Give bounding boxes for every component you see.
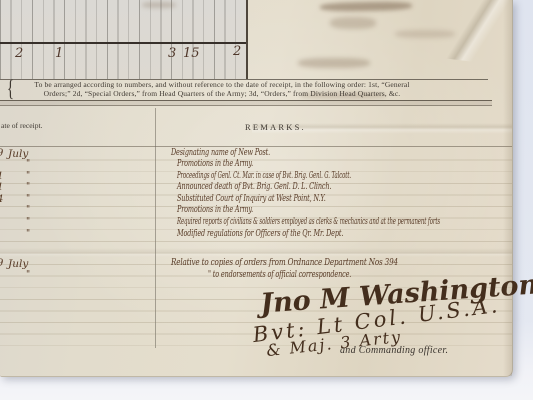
tally-value: 2 [233,44,241,59]
register-entry-row: " Promotions in the Army. [0,205,512,217]
entry-remark: Required reports of civilians & soldiers… [177,217,440,227]
double-rule [0,100,492,106]
ink-bleed-smudge [330,17,376,29]
tally-table: 2 1 3 15 2 [0,0,248,79]
entry-number: 4 [0,194,5,205]
entry-remark: " to endorsements of official correspond… [208,270,351,280]
entry-remark: Designating name of New Post. [171,148,270,158]
tally-value: 1 [55,46,63,61]
entry-date: " [26,194,30,204]
entry-remark: Substituted Court of Inquiry at West Poi… [177,194,326,204]
entry-date: " [26,205,30,215]
entry-remark: Proceedings of Genl. Ct. Mar. in case of… [177,171,351,181]
scanned-register-page: 2 1 3 15 2 { To be arranged according to… [0,0,533,400]
tally-value: 15 [183,46,200,61]
commanding-officer-label: and Commanding officer. [340,345,448,356]
tally-value: 3 [168,46,176,61]
date-column-header: ate of receipt. [1,121,43,130]
entry-remark: Relative to copies of orders from Ordnan… [171,258,398,268]
entry-date: " [26,171,30,181]
entry-date: " [26,159,30,169]
entry-number: 1 [0,182,5,193]
entry-date: " [26,270,30,280]
entry-date: " [26,229,30,239]
entry-number: 9 [0,258,5,269]
register-entry-row: " Promotions in the Army. [0,159,512,171]
tally-table-rule [0,42,246,44]
arrangement-note: { To be arranged according to numbers, a… [4,81,466,98]
entry-number: 1 [0,171,5,182]
entry-date: " [26,182,30,192]
entry-remark: Promotions in the Army. [177,205,253,215]
register-entry-row: " Modified regulations for Officers of t… [0,229,512,241]
remarks-header: REMARKS. [245,122,306,132]
tally-value: 2 [15,46,23,61]
register-entry-row: " Required reports of civilians & soldie… [0,217,512,229]
entry-remark: Promotions in the Army. [177,159,253,169]
document-paper: 2 1 3 15 2 { To be arranged according to… [0,0,513,377]
register-entry-row: 9 July Relative to copies of orders from… [0,258,512,270]
brace-mark: { [7,76,14,102]
entry-remark: Announced death of Bvt. Brig. Genl. D. L… [177,182,331,192]
ink-bleed-smudge [395,30,455,38]
entry-date: July [8,258,28,270]
paper-right-edge-shading [503,0,512,376]
ink-bleed-smudge [320,1,412,12]
ink-bleed-smudge [298,58,370,68]
entry-date: " [26,217,30,227]
arrangement-note-line2: Orders;” 2d, “Special Orders,” from Head… [20,90,424,99]
entry-remark: Modified regulations for Officers of the… [177,229,343,239]
header-underline-rule [0,146,512,147]
entry-number: 9 [0,148,5,159]
ink-bleed-smudge [142,2,176,8]
register-entry-row: 1 " Announced death of Bvt. Brig. Genl. … [0,182,512,194]
